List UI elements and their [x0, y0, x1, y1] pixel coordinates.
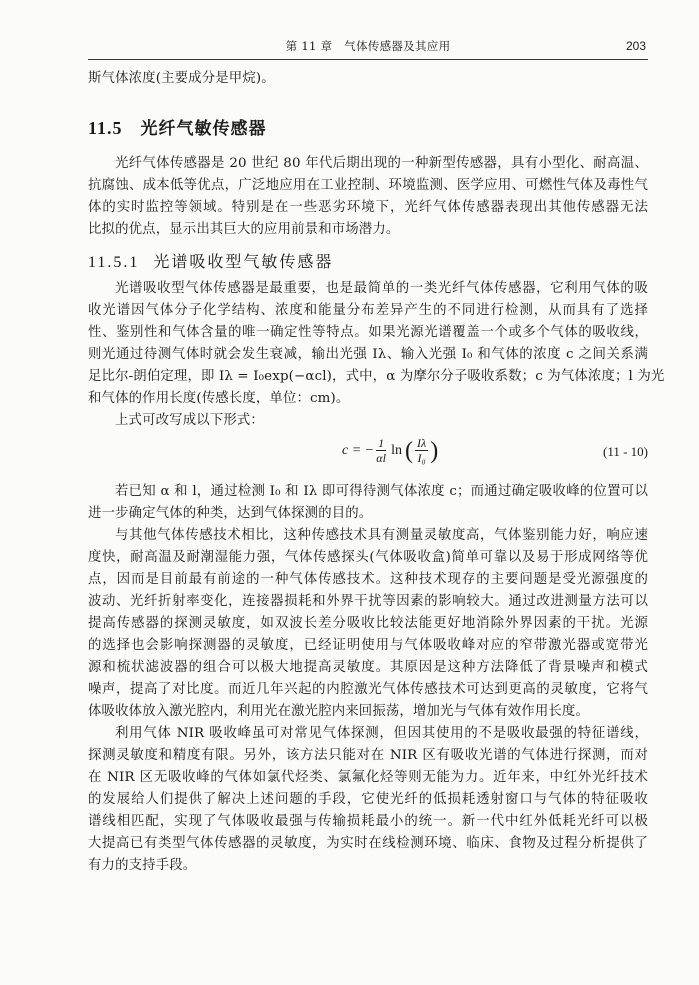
- ln-operator: ln: [391, 443, 402, 459]
- book-page: 第 11 章 气体传感器及其应用 203 斯气体浓度(主要成分是甲烷)。 11.…: [0, 0, 699, 985]
- subsection-title: 光谱吸收型气敏传感器: [153, 252, 333, 271]
- text-line: 波动、光纤折射率变化，连接器损耗和外界干扰等因素的影响较大。通过改进测量方法可以: [88, 593, 648, 611]
- text-line: 源和梳状滤波器的组合可以极大地提高灵敏度。其原因是这种方法降低了背景噪声和模式: [88, 659, 648, 677]
- equation-intro: 上式可改写成以下形式：: [115, 412, 648, 430]
- text-line: 点，因而是目前最有前途的一种气体传感技术。这种技术现存的主要问题是受光源强度的: [88, 571, 648, 589]
- text-line: 则光通过待测气体时就会发生衰减，输出光强 Iλ、输入光强 I₀ 和气体的浓度 c…: [88, 346, 648, 364]
- text-line: 探测灵敏度和精度有限。另外，该方法只能对在 NIR 区有吸收光谱的气体进行探测，…: [88, 747, 648, 765]
- text-line: 与其他气体传感技术相比，这种传感技术具有测量灵敏度高，气体鉴别能力好，响应速: [115, 527, 648, 545]
- text-line: 进一步确定气体的种类，达到气体探测的目的。: [88, 505, 648, 523]
- text-line: 噪声，提高了对比度。而近几年兴起的内腔激光气体传感技术可达到更高的灵敏度，它将气: [88, 681, 648, 699]
- text-line: 体吸收体放入激光腔内，利用光在激光腔内来回振荡，增加光与气体有效作用长度。: [88, 703, 648, 721]
- subsection-heading: 11.5.1光谱吸收型气敏传感器: [88, 249, 333, 272]
- text-line: 抗腐蚀、成本低等优点，广泛地应用在工业控制、环境监测、医学应用、可燃性气体及毒性…: [88, 177, 648, 195]
- equation-body: c = − 1 αl ln ( Iλ I₀ ): [342, 436, 438, 465]
- text-line: 有力的支持手段。: [88, 857, 648, 875]
- text-line: 和气体的作用长度(传感长度，单位：cm)。: [88, 390, 648, 408]
- carryover-line: 斯气体浓度(主要成分是甲烷)。: [88, 70, 648, 88]
- header-rule: [88, 59, 648, 60]
- running-header: 第 11 章 气体传感器及其应用 203: [88, 36, 648, 56]
- text-line: 体的实时监控等领域。特别是在一些恶劣环境下，光纤气体传感器表现出其他传感器无法: [88, 199, 648, 217]
- text-line: 的选择也会影响探测器的灵敏度，已经证明使用与气体吸收峰对应的窄带激光器或宽带光: [88, 637, 648, 655]
- text-line: 若已知 α 和 l，通过检测 I₀ 和 Iλ 即可得待测气体浓度 c；而通过确定…: [115, 483, 648, 501]
- equation-number: (11 - 10): [603, 444, 648, 460]
- text-line: 度快，耐高温及耐潮湿能力强，气体传感探头(气体吸收盒)简单可靠以及易于形成网络等…: [88, 549, 648, 567]
- text-line: 光谱吸收型气体传感器是最重要，也是最简单的一类光纤气体传感器，它利用气体的吸: [115, 280, 648, 298]
- text-line: 的发展给人们提供了解决上述问题的手段，它使光纤的低损耗透射窗口与气体的特征吸收: [88, 791, 648, 809]
- subsection-number: 11.5.1: [88, 254, 139, 271]
- section-number: 11.5: [88, 118, 123, 138]
- text-line: 利用气体 NIR 吸收峰虽可对常见气体探测，但因其使用的不是吸收最强的特征谱线，: [115, 725, 648, 743]
- page-number: 203: [626, 39, 646, 53]
- chapter-title: 第 11 章 气体传感器及其应用: [88, 38, 648, 54]
- text-line: 性、鉴别性和气体含量的唯一确定性等特点。如果光源光谱覆盖一个或多个气体的吸收线，: [88, 324, 648, 342]
- section-title: 光纤气敏传感器: [141, 119, 267, 139]
- text-line: 比拟的优点，显示出其巨大的应用前景和市场潜力。: [88, 221, 648, 239]
- fraction-intensity-ratio: Iλ I₀: [415, 436, 428, 465]
- fraction-one-over-alpha-l: 1 αl: [376, 436, 386, 465]
- text-line: 光纤气体传感器是 20 世纪 80 年代后期出现的一种新型传感器，具有小型化、耐…: [115, 155, 648, 173]
- text-line: 足比尔-朗伯定理，即 Iλ = I₀exp(−αcl)，式中，α 为摩尔分子吸收…: [88, 368, 648, 386]
- text-line: 大提高已有类型气体传感器的灵敏度，为实时在线检测环境、临床、食物及过程分析提供了: [88, 835, 648, 853]
- text-line: 谱线相匹配，实现了气体吸收最强与传输损耗最小的统一。新一代中红外低耗光纤可以极: [88, 813, 648, 831]
- equation-11-10: c = − 1 αl ln ( Iλ I₀ ) (11 - 10): [88, 432, 648, 472]
- equation-lhs: c = −: [342, 443, 374, 459]
- text-line: 在 NIR 区无吸收峰的气体如氯代烃类、氯氟化烃等则无能为力。近年来，中红外光纤…: [88, 769, 648, 787]
- text-line: 收光谱因气体分子化学结构、浓度和能量分布差异产生的不同进行检测，从而具有了选择: [88, 302, 648, 320]
- text-line: 提高传感器的探测灵敏度，如双波长差分吸收比较法能更好地消除外界因素的干扰。光源: [88, 615, 648, 633]
- section-heading: 11.5光纤气敏传感器: [88, 114, 267, 139]
